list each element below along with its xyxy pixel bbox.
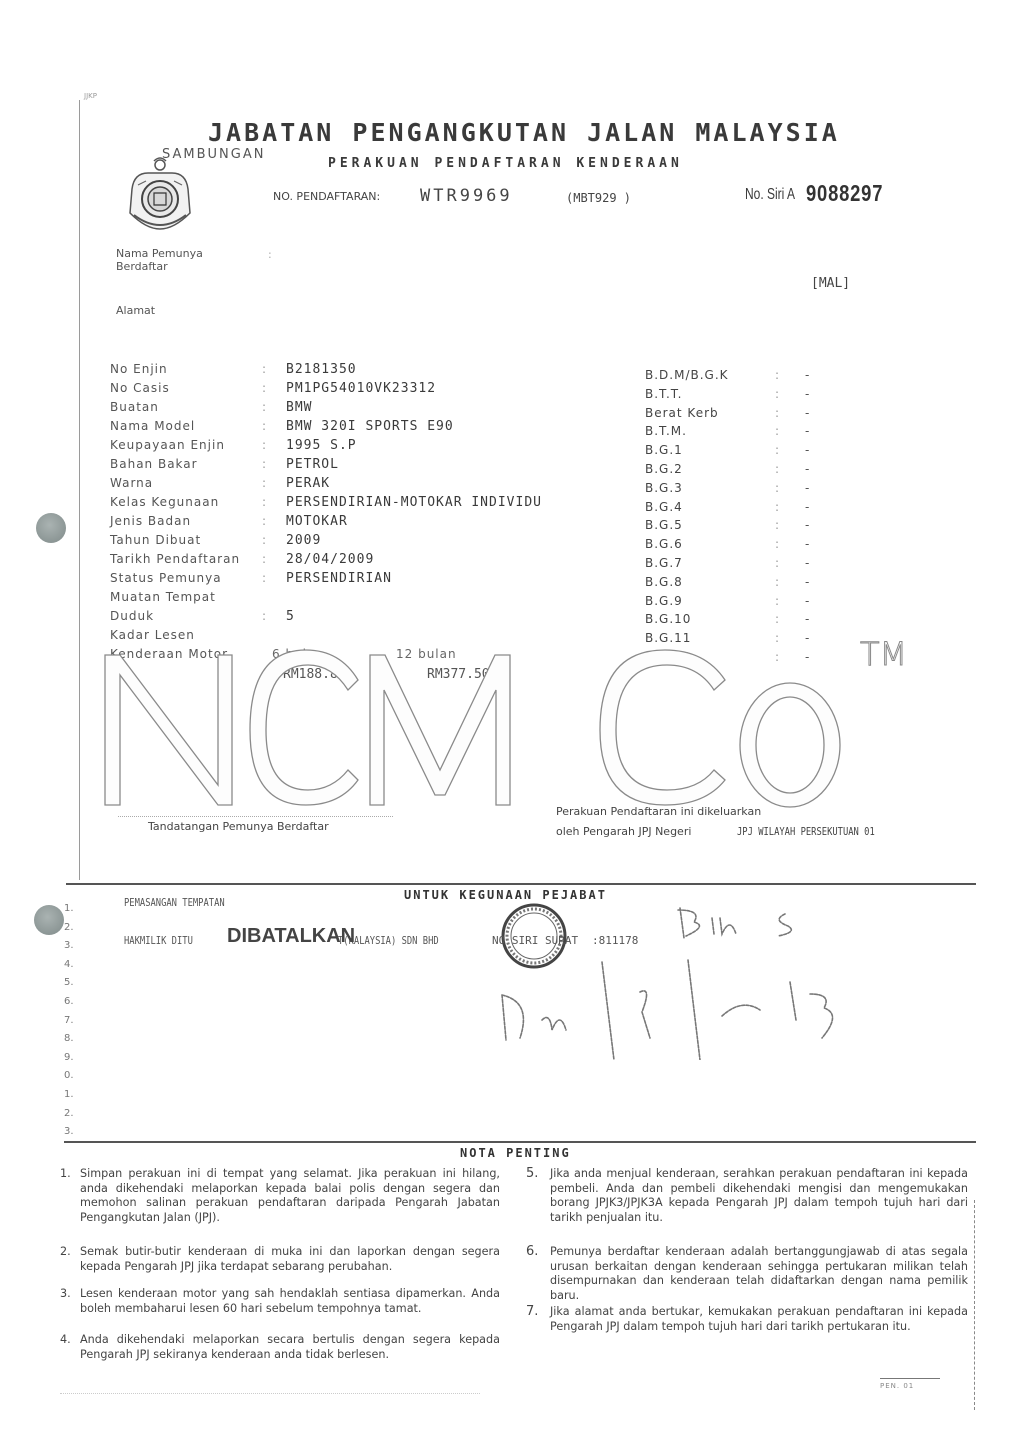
weight-colon: : [775,556,780,570]
line-number: 3. [64,940,74,951]
note-item: 5.Jika anda menjual kenderaan, serahkan … [550,1167,968,1225]
office-section-rule [66,883,976,885]
field-value: PM1PG54010VK23312 [286,381,436,396]
field-colon: : [262,457,267,471]
notes-section-rule [64,1141,976,1143]
weight-colon: : [775,424,780,438]
line-number: 3. [64,1126,74,1137]
line-number: 8. [64,1033,74,1044]
registration-label: NO. PENDAFTARAN: [273,190,380,203]
nationality-tag: [MAL] [811,276,850,291]
weight-value: - [805,368,810,382]
field-colon: : [262,400,267,414]
field-value: PERSENDIRIAN [286,571,392,586]
previous-registration: (MBT929 ) [566,191,631,205]
weight-value: - [805,443,810,457]
line-number: 5. [64,977,74,988]
weight-value: - [805,612,810,626]
line-number: 7. [64,1015,74,1026]
weight-colon: : [775,518,780,532]
right-margin-rule [974,1200,976,1410]
sambungan-label: SAMBUNGAN [162,147,265,162]
weight-colon: : [775,650,780,664]
weight-label: B.G.1 [645,443,683,457]
note-text: Pemunya berdaftar kenderaan adalah berta… [550,1245,968,1302]
weight-colon: : [775,368,780,382]
weight-value: - [805,575,810,589]
field-colon: : [262,571,267,585]
weight-label: B.G.2 [645,462,683,476]
weight-label: B.G.8 [645,575,683,589]
fee-12-month-value: RM377.50 [427,667,490,682]
signature-line [118,816,393,817]
address-label: Alamat [116,304,155,317]
field-label: Kadar Lesen [110,628,260,642]
weight-value: - [805,462,810,476]
weight-value: - [805,556,810,570]
note-item: 4.Anda dikehendaki melaporkan secara ber… [80,1333,500,1362]
weight-colon: : [775,406,780,420]
weight-label: B.G.3 [645,481,683,495]
weight-label: B.T.M. [645,424,687,438]
field-label: Status Pemunya [110,571,260,585]
note-number: 4. [60,1333,71,1348]
weight-value: - [805,406,810,420]
field-value: BMW [286,400,312,415]
note-number: 6. [526,1245,538,1260]
field-colon: : [262,533,267,547]
handwritten-date: Dm 1/9/2015 [500,980,507,981]
cancelled-stamp: DIBATALKAN [227,925,355,948]
note-text: Simpan perakuan ini di tempat yang selam… [80,1167,500,1224]
office-line-1: PEMASANGAN TEMPATAN [124,896,225,909]
weight-value: - [805,424,810,438]
weight-label: B.G.5 [645,518,683,532]
field-colon: : [262,438,267,452]
field-label: Keupayaan Enjin [110,438,260,452]
weight-value: - [805,500,810,514]
weight-value: - [805,387,810,401]
owner-name-colon: : [268,248,272,261]
field-label: Tarikh Pendaftaran [110,552,260,566]
note-text: Semak butir-butir kenderaan di muka ini … [80,1245,500,1273]
jpj-emblem-icon [124,155,196,233]
weight-colon: : [775,537,780,551]
form-code-rule [880,1378,940,1379]
margin-rule [79,100,80,880]
field-value: 2009 [286,533,321,548]
weight-label: B.D.M/B.G.K [645,368,729,382]
weight-colon: : [775,387,780,401]
fee-12-month-label: 12 bulan [396,647,457,661]
field-value: MOTOKAR [286,514,348,529]
note-text: Anda dikehendaki melaporkan secara bertu… [80,1333,500,1361]
handwritten-annotation [480,890,880,1060]
weight-value: - [805,650,810,664]
weight-label: B.G.4 [645,500,683,514]
note-number: 2. [60,1245,71,1260]
line-number: 2. [64,922,74,933]
notes-heading: NOTA PENTING [460,1146,571,1160]
field-label: Duduk [110,609,260,623]
weight-label: B.G.11 [645,631,691,645]
fee-6-month-value: RM188.80 [283,667,346,682]
note-number: 5. [526,1167,538,1182]
weight-label: B.G.12 [645,650,691,664]
weight-label: B.G.6 [645,537,683,551]
weight-colon: : [775,500,780,514]
field-colon: : [262,476,267,490]
field-label: Tahun Dibuat [110,533,260,547]
field-colon: : [262,362,267,376]
weight-value: - [805,537,810,551]
field-value: 1995 S.P [286,438,357,453]
weight-colon: : [775,462,780,476]
field-label: No Casis [110,381,260,395]
field-value: PERAK [286,476,330,491]
form-code: PEN. 01 [880,1382,914,1390]
note-item: 2.Semak butir-butir kenderaan di muka in… [80,1245,500,1274]
field-value: B2181350 [286,362,357,377]
weight-colon: : [775,612,780,626]
note-item: 1.Simpan perakuan ini di tempat yang sel… [80,1167,500,1225]
field-label: Kenderaan Motor [110,647,260,661]
line-number: 0. [64,1070,74,1081]
line-number: 6. [64,996,74,1007]
registration-number: WTR9969 [420,186,513,206]
field-label: Jenis Badan [110,514,260,528]
note-item: 7.Jika alamat anda bertukar, kemukakan p… [550,1305,968,1334]
line-number: 4. [64,959,74,970]
note-text: Jika alamat anda bertukar, kemukakan per… [550,1305,968,1333]
note-number: 1. [60,1167,71,1182]
weight-colon: : [775,575,780,589]
field-label: Bahan Bakar [110,457,260,471]
field-label: Warna [110,476,260,490]
agency-title: JABATAN PENGANGKUTAN JALAN MALAYSIA [208,118,840,147]
weight-label: B.G.10 [645,612,691,626]
field-label: Kelas Kegunaan [110,495,260,509]
fee-6-month-label: 6 bulan [272,647,324,661]
field-colon: : [262,552,267,566]
serial-number: 9088297 [806,180,883,207]
field-colon: : [262,381,267,395]
weight-value: - [805,631,810,645]
weight-colon: : [775,631,780,645]
weight-label: B.G.7 [645,556,683,570]
field-value: 28/04/2009 [286,552,374,567]
field-colon: : [262,609,267,623]
note-item: 3.Lesen kenderaan motor yang sah hendakl… [80,1287,500,1316]
owner-name-label-line1: Nama Pemunya [116,247,203,260]
owner-name-label: Nama Pemunya Berdaftar [116,247,203,273]
weight-colon: : [775,481,780,495]
weight-value: - [805,594,810,608]
line-number: 1. [64,903,74,914]
field-label: Nama Model [110,419,260,433]
field-colon: : [262,419,267,433]
serial-label: No. Siri A [745,186,795,204]
office-line-2-prefix: HAKMILIK DITU [124,934,193,947]
weight-colon: : [775,594,780,608]
note-item: 6.Pemunya berdaftar kenderaan adalah ber… [550,1245,968,1303]
field-label: No Enjin [110,362,260,376]
issued-statement: Perakuan Pendaftaran ini dikeluarkan [556,805,761,818]
note-text: Jika anda menjual kenderaan, serahkan pe… [550,1167,968,1224]
field-colon: : [262,495,267,509]
note-number: 7. [526,1305,538,1320]
line-number: 9. [64,1052,74,1063]
weight-label: Berat Kerb [645,406,719,420]
field-value: 5 [286,609,295,624]
field-value: BMW 320I SPORTS E90 [286,419,454,434]
owner-name-label-line2: Berdaftar [116,260,203,273]
field-value: PETROL [286,457,339,472]
punch-hole-top [36,513,66,543]
field-label: Buatan [110,400,260,414]
owner-signature-label: Tandatangan Pemunya Berdaftar [148,820,329,833]
weight-label: B.T.T. [645,387,683,401]
corner-mark: JJKP [84,92,97,100]
weight-colon: : [775,443,780,457]
weight-value: - [805,481,810,495]
document-title: PERAKUAN PENDAFTARAN KENDERAAN [328,156,683,171]
handwritten-note: Bmw 3s [640,890,644,891]
weight-label: B.G.9 [645,594,683,608]
bottom-rule [60,1393,480,1394]
field-value: PERSENDIRIAN-MOTOKAR INDIVIDU [286,495,542,510]
field-label: Muatan Tempat [110,590,260,604]
trademark-mark: TM [860,635,907,673]
note-text: Lesen kenderaan motor yang sah hendaklah… [80,1287,500,1315]
issuing-office: JPJ WILAYAH PERSEKUTUAN 01 [737,825,875,838]
line-number: 2. [64,1108,74,1119]
line-number: 1. [64,1089,74,1100]
weight-value: - [805,518,810,532]
punch-hole-bottom [34,905,64,935]
note-number: 3. [60,1287,71,1302]
issued-by-label: oleh Pengarah JPJ Negeri [556,825,691,838]
field-colon: : [262,514,267,528]
